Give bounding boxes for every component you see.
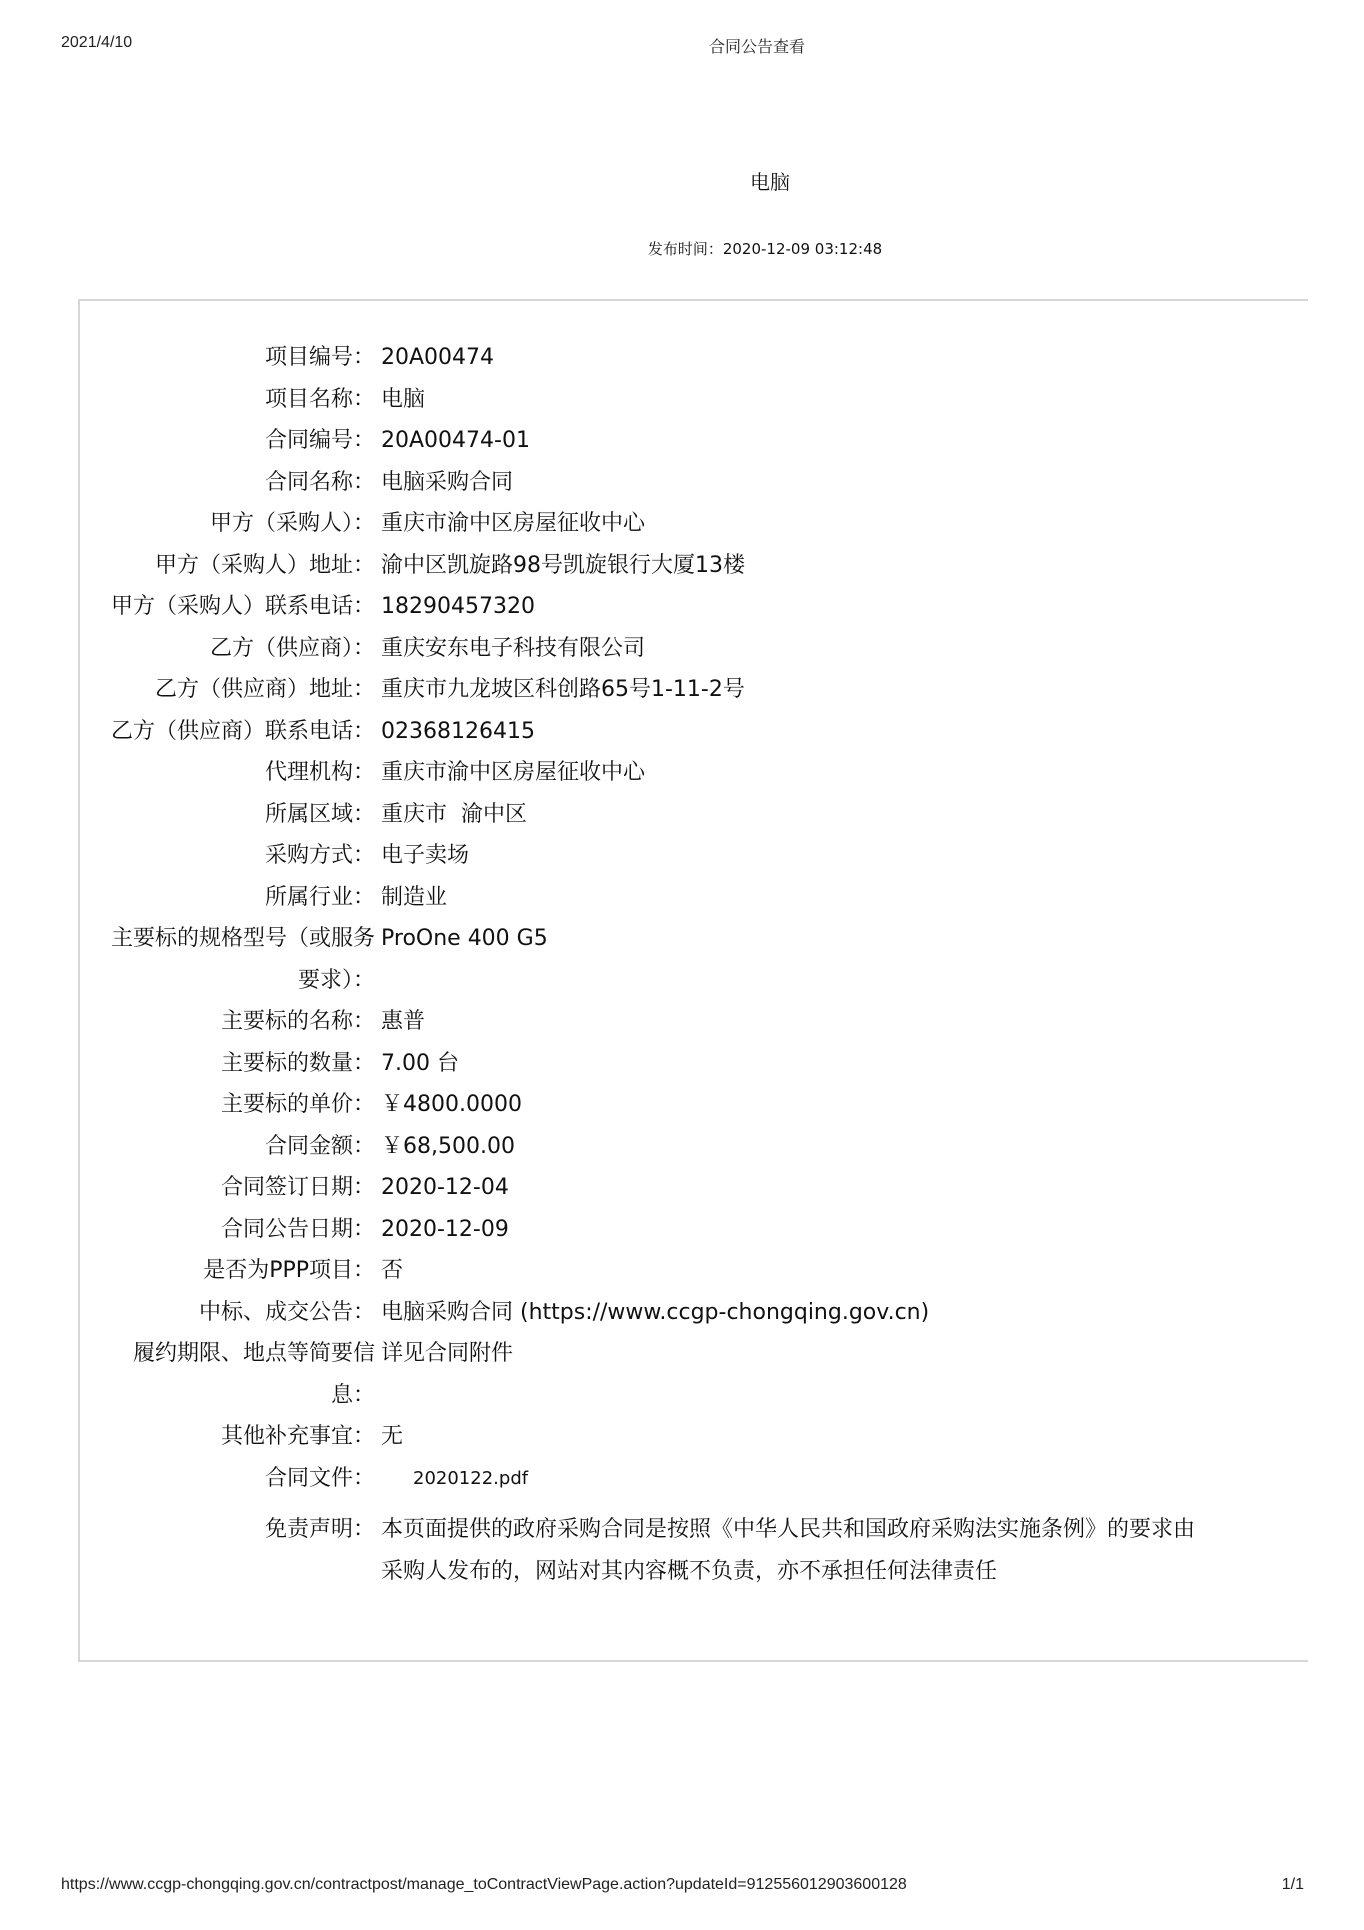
- field-contract-amount: 合同金额： ￥68,500.00: [98, 1126, 1198, 1168]
- field-performance-info: 履约期限、地点等简要信息： 详见合同附件: [98, 1333, 1198, 1416]
- field-buyer-address: 甲方（采购人）地址： 渝中区凯旋路98号凯旋银行大厦13楼: [98, 545, 1198, 587]
- field-value: 重庆市九龙坡区科创路65号1-11-2号: [381, 669, 1198, 711]
- field-label: 所属区域：: [98, 794, 381, 836]
- field-value: 惠普: [381, 1001, 1198, 1043]
- field-value: 制造业: [381, 877, 1198, 919]
- field-value: 重庆市渝中区房屋征收中心: [381, 752, 1198, 794]
- field-label: 甲方（采购人）联系电话：: [98, 586, 381, 628]
- field-spec-model: 主要标的规格型号（或服务要求）： ProOne 400 G5: [98, 918, 1198, 1001]
- print-page-number: 1/1: [1282, 1876, 1304, 1894]
- field-agency: 代理机构： 重庆市渝中区房屋征收中心: [98, 752, 1198, 794]
- field-buyer: 甲方（采购人）： 重庆市渝中区房屋征收中心: [98, 503, 1198, 545]
- field-label: 合同金额：: [98, 1126, 381, 1168]
- field-ppp: 是否为PPP项目： 否: [98, 1250, 1198, 1292]
- field-value: 20A00474-01: [381, 420, 1198, 462]
- field-value: ￥4800.0000: [381, 1084, 1198, 1126]
- field-value: 2020-12-09: [381, 1209, 1198, 1251]
- field-label: 所属行业：: [98, 877, 381, 919]
- field-value: ProOne 400 G5: [381, 918, 1198, 960]
- field-supplier: 乙方（供应商）： 重庆安东电子科技有限公司: [98, 628, 1198, 670]
- field-label: 乙方（供应商）：: [98, 628, 381, 670]
- field-label: 甲方（采购人）：: [98, 503, 381, 545]
- field-quantity: 主要标的数量： 7.00 台: [98, 1043, 1198, 1085]
- disclaimer-text: 本页面提供的政府采购合同是按照《中华人民共和国政府采购法实施条例》的要求由采购人…: [381, 1509, 1198, 1592]
- print-footer-url: https://www.ccgp-chongqing.gov.cn/contra…: [61, 1876, 907, 1894]
- field-label: 采购方式：: [98, 835, 381, 877]
- field-label: 主要标的数量：: [98, 1043, 381, 1085]
- field-label: 主要标的名称：: [98, 1001, 381, 1043]
- field-other: 其他补充事宜： 无: [98, 1416, 1198, 1458]
- field-value: 渝中区凯旋路98号凯旋银行大厦13楼: [381, 545, 1198, 587]
- field-label: 合同编号：: [98, 420, 381, 462]
- field-label: 甲方（采购人）地址：: [98, 545, 381, 587]
- document-title: 电脑: [0, 166, 1364, 195]
- field-label: 免责声明：: [98, 1509, 381, 1551]
- field-industry: 所属行业： 制造业: [98, 877, 1198, 919]
- field-value: 重庆市渝中区房屋征收中心: [381, 503, 1198, 545]
- field-supplier-phone: 乙方（供应商）联系电话： 02368126415: [98, 711, 1198, 753]
- publish-time: 发布时间：2020-12-09 03:12:48: [0, 238, 1364, 259]
- field-label: 合同文件：: [98, 1458, 381, 1500]
- field-contract-number: 合同编号： 20A00474-01: [98, 420, 1198, 462]
- field-value: 18290457320: [381, 586, 1198, 628]
- field-label: 履约期限、地点等简要信息：: [98, 1333, 381, 1416]
- field-value: 7.00 台: [381, 1043, 1198, 1085]
- field-label: 乙方（供应商）地址：: [98, 669, 381, 711]
- field-value: 2020-12-04: [381, 1167, 1198, 1209]
- field-subject-name: 主要标的名称： 惠普: [98, 1001, 1198, 1043]
- field-unit-price: 主要标的单价： ￥4800.0000: [98, 1084, 1198, 1126]
- field-label: 合同签订日期：: [98, 1167, 381, 1209]
- field-procurement-method: 采购方式： 电子卖场: [98, 835, 1198, 877]
- field-value: 否: [381, 1250, 1198, 1292]
- field-label: 项目编号：: [98, 337, 381, 379]
- field-label: 项目名称：: [98, 379, 381, 421]
- field-label: 合同名称：: [98, 462, 381, 504]
- field-award-notice: 中标、成交公告： 电脑采购合同 (https://www.ccgp-chongq…: [98, 1292, 1198, 1334]
- field-label: 中标、成交公告：: [98, 1292, 381, 1334]
- field-supplier-address: 乙方（供应商）地址： 重庆市九龙坡区科创路65号1-11-2号: [98, 669, 1198, 711]
- field-contract-name: 合同名称： 电脑采购合同: [98, 462, 1198, 504]
- contract-file-link[interactable]: 2020122.pdf: [381, 1458, 1198, 1500]
- field-contract-file: 合同文件： 2020122.pdf: [98, 1458, 1198, 1500]
- field-value: 20A00474: [381, 337, 1198, 379]
- field-region: 所属区域： 重庆市 渝中区: [98, 794, 1198, 836]
- field-project-number: 项目编号： 20A00474: [98, 337, 1198, 379]
- field-value: ￥68,500.00: [381, 1126, 1198, 1168]
- field-value: 02368126415: [381, 711, 1198, 753]
- award-notice-link[interactable]: 电脑采购合同 (https://www.ccgp-chongqing.gov.c…: [381, 1292, 1198, 1334]
- field-project-name: 项目名称： 电脑: [98, 379, 1198, 421]
- field-buyer-phone: 甲方（采购人）联系电话： 18290457320: [98, 586, 1198, 628]
- field-value: 电脑: [381, 379, 1198, 421]
- field-value: 重庆市 渝中区: [381, 794, 1198, 836]
- print-page-title: 合同公告查看: [0, 34, 1364, 57]
- contract-fields: 项目编号： 20A00474 项目名称： 电脑 合同编号： 20A00474-0…: [98, 337, 1198, 1592]
- field-value: 电脑采购合同: [381, 462, 1198, 504]
- field-label: 是否为PPP项目：: [98, 1250, 381, 1292]
- field-label: 主要标的规格型号（或服务要求）：: [98, 918, 381, 1001]
- field-label: 合同公告日期：: [98, 1209, 381, 1251]
- field-label: 主要标的单价：: [98, 1084, 381, 1126]
- field-disclaimer: 免责声明： 本页面提供的政府采购合同是按照《中华人民共和国政府采购法实施条例》的…: [98, 1509, 1198, 1592]
- field-value: 重庆安东电子科技有限公司: [381, 628, 1198, 670]
- field-announce-date: 合同公告日期： 2020-12-09: [98, 1209, 1198, 1251]
- field-value: 详见合同附件: [381, 1333, 1198, 1375]
- field-value: 无: [381, 1416, 1198, 1458]
- field-sign-date: 合同签订日期： 2020-12-04: [98, 1167, 1198, 1209]
- field-value: 电子卖场: [381, 835, 1198, 877]
- field-label: 其他补充事宜：: [98, 1416, 381, 1458]
- field-label: 乙方（供应商）联系电话：: [98, 711, 381, 753]
- field-label: 代理机构：: [98, 752, 381, 794]
